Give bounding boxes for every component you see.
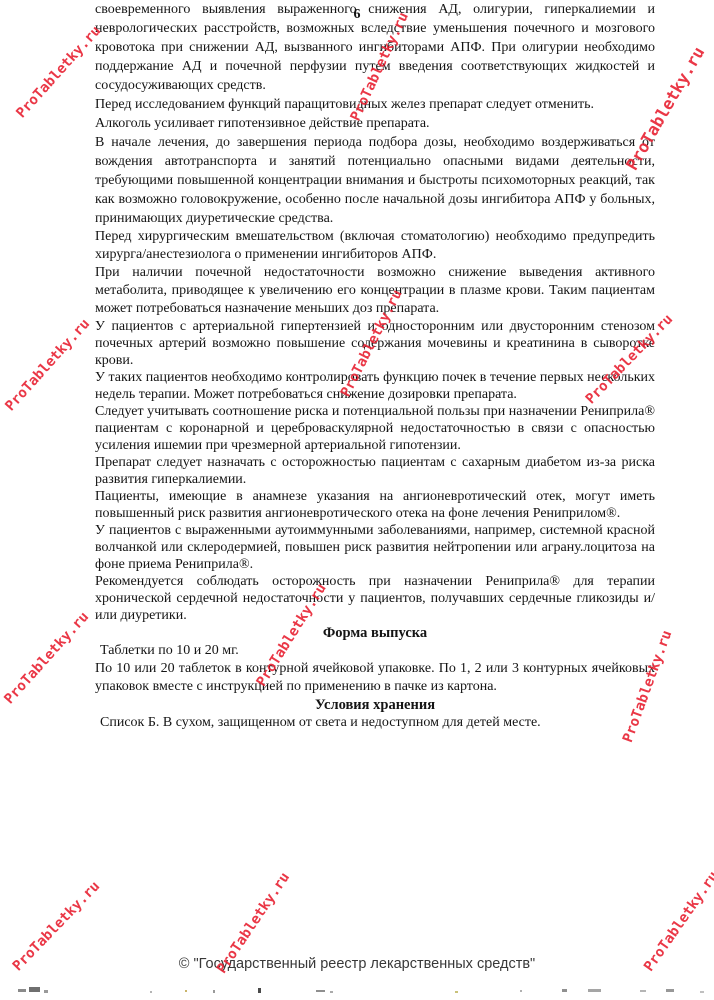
watermark-protabletky: ProTabletky.ru: [2, 316, 94, 415]
paragraph: Перед исследованием функций паращитовидн…: [95, 95, 655, 114]
section-heading-storage-conditions: Условия хранения: [95, 696, 655, 714]
paragraph: В начале лечения, до завершения периода …: [95, 133, 655, 228]
watermark-protabletky: ProTabletky.ru: [13, 23, 105, 122]
paragraph: У пациентов с выраженными аутоиммунными …: [95, 522, 655, 573]
paragraph: Таблетки по 10 и 20 мг.: [95, 642, 655, 660]
paragraph: Препарат следует назначать с осторожност…: [95, 454, 655, 488]
paragraph: Рекомендуется соблюдать осторожность при…: [95, 573, 655, 624]
paragraph: своевременного выявления выраженного сни…: [95, 0, 655, 95]
paragraph: У пациентов с артериальной гипертензией …: [95, 318, 655, 369]
paragraph: У таких пациентов необходимо контролиров…: [95, 369, 655, 403]
paragraph: При наличии почечной недостаточности воз…: [95, 264, 655, 318]
paragraph: Пациенты, имеющие в анамнезе указания на…: [95, 488, 655, 522]
document-body: своевременного выявления выраженного сни…: [95, 0, 655, 732]
paragraph: Следует учитывать соотношение риска и по…: [95, 403, 655, 454]
section-heading-release-form: Форма выпуска: [95, 624, 655, 642]
paragraph: По 10 или 20 таблеток в контурной ячейко…: [95, 660, 655, 696]
paragraph: Алкоголь усиливает гипотензивное действи…: [95, 114, 655, 133]
footer-copyright: © "Государственный реестр лекарственных …: [0, 956, 714, 972]
watermark-protabletky: ProTabletky.ru: [1, 609, 93, 708]
paragraph: Перед хирургическим вмешательством (вклю…: [95, 228, 655, 264]
document-page: 6 своевременного выявления выраженного с…: [0, 0, 714, 1000]
paragraph: Список Б. В сухом, защищенном от света и…: [95, 714, 655, 732]
